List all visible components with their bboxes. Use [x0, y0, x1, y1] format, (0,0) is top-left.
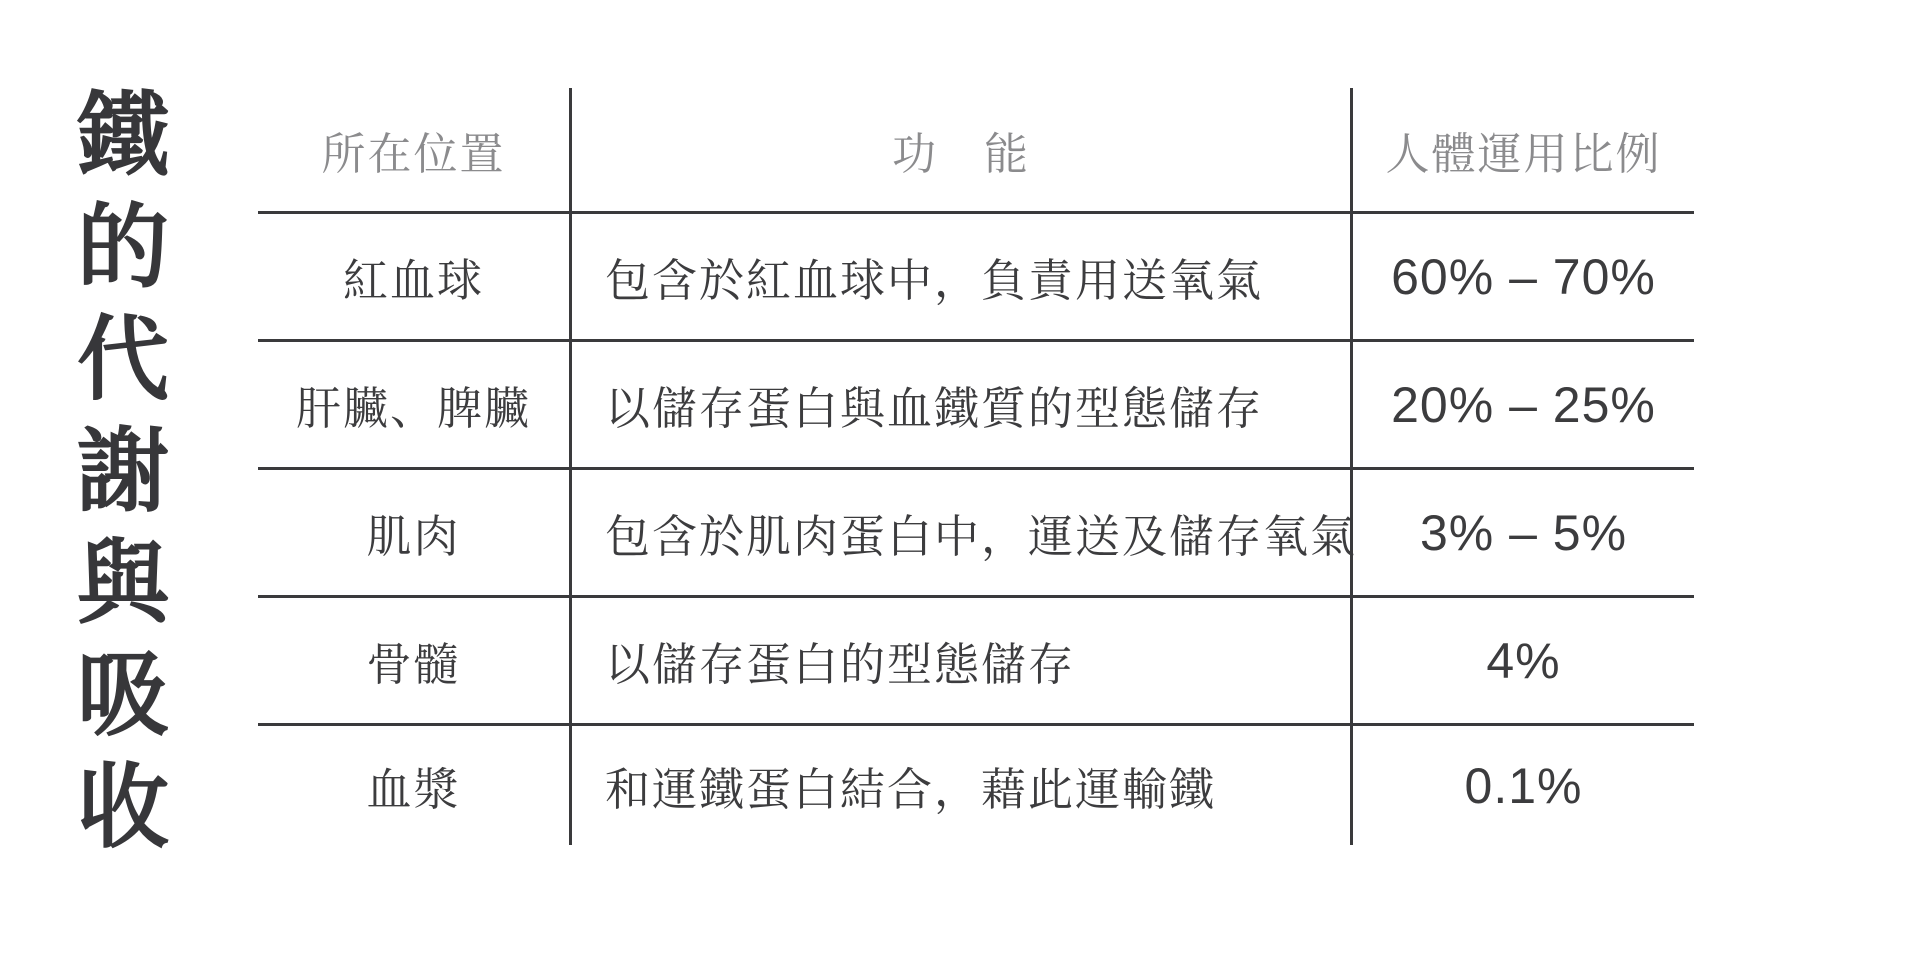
table-cell-location: 骨髓 [258, 595, 569, 723]
table-cell-location: 紅血球 [258, 211, 569, 339]
table-cell-ratio: 3% – 5% [1350, 467, 1694, 595]
table-cell-function: 包含於肌肉蛋白中，運送及儲存氧氣 [569, 467, 1350, 595]
table-cell-location: 肌肉 [258, 467, 569, 595]
table-cell-location: 肝臟、脾臟 [258, 339, 569, 467]
iron-metabolism-table: 所在位置 功 能 人體運用比例 紅血球 包含於紅血球中，負責用送氧氣 60% –… [258, 88, 1694, 845]
table-cell-ratio: 60% – 70% [1350, 211, 1694, 339]
table-cell-ratio: 0.1% [1350, 723, 1694, 845]
table-cell-function: 包含於紅血球中，負責用送氧氣 [569, 211, 1350, 339]
table-cell-function: 以儲存蛋白的型態儲存 [569, 595, 1350, 723]
table-cell-location: 血漿 [258, 723, 569, 845]
table-cell-function: 以儲存蛋白與血鐵質的型態儲存 [569, 339, 1350, 467]
table-cell-function: 和運鐵蛋白結合，藉此運輸鐵 [569, 723, 1350, 845]
infographic-root: 鐵的代謝與吸收 所在位置 功 能 人體運用比例 紅血球 包含於紅血球中，負責用送… [0, 0, 1920, 957]
column-header-function: 功 能 [569, 88, 1350, 211]
column-header-location: 所在位置 [258, 88, 569, 211]
column-header-ratio: 人體運用比例 [1350, 88, 1694, 211]
table-cell-ratio: 4% [1350, 595, 1694, 723]
page-title: 鐵的代謝與吸收 [70, 86, 162, 866]
table-cell-ratio: 20% – 25% [1350, 339, 1694, 467]
